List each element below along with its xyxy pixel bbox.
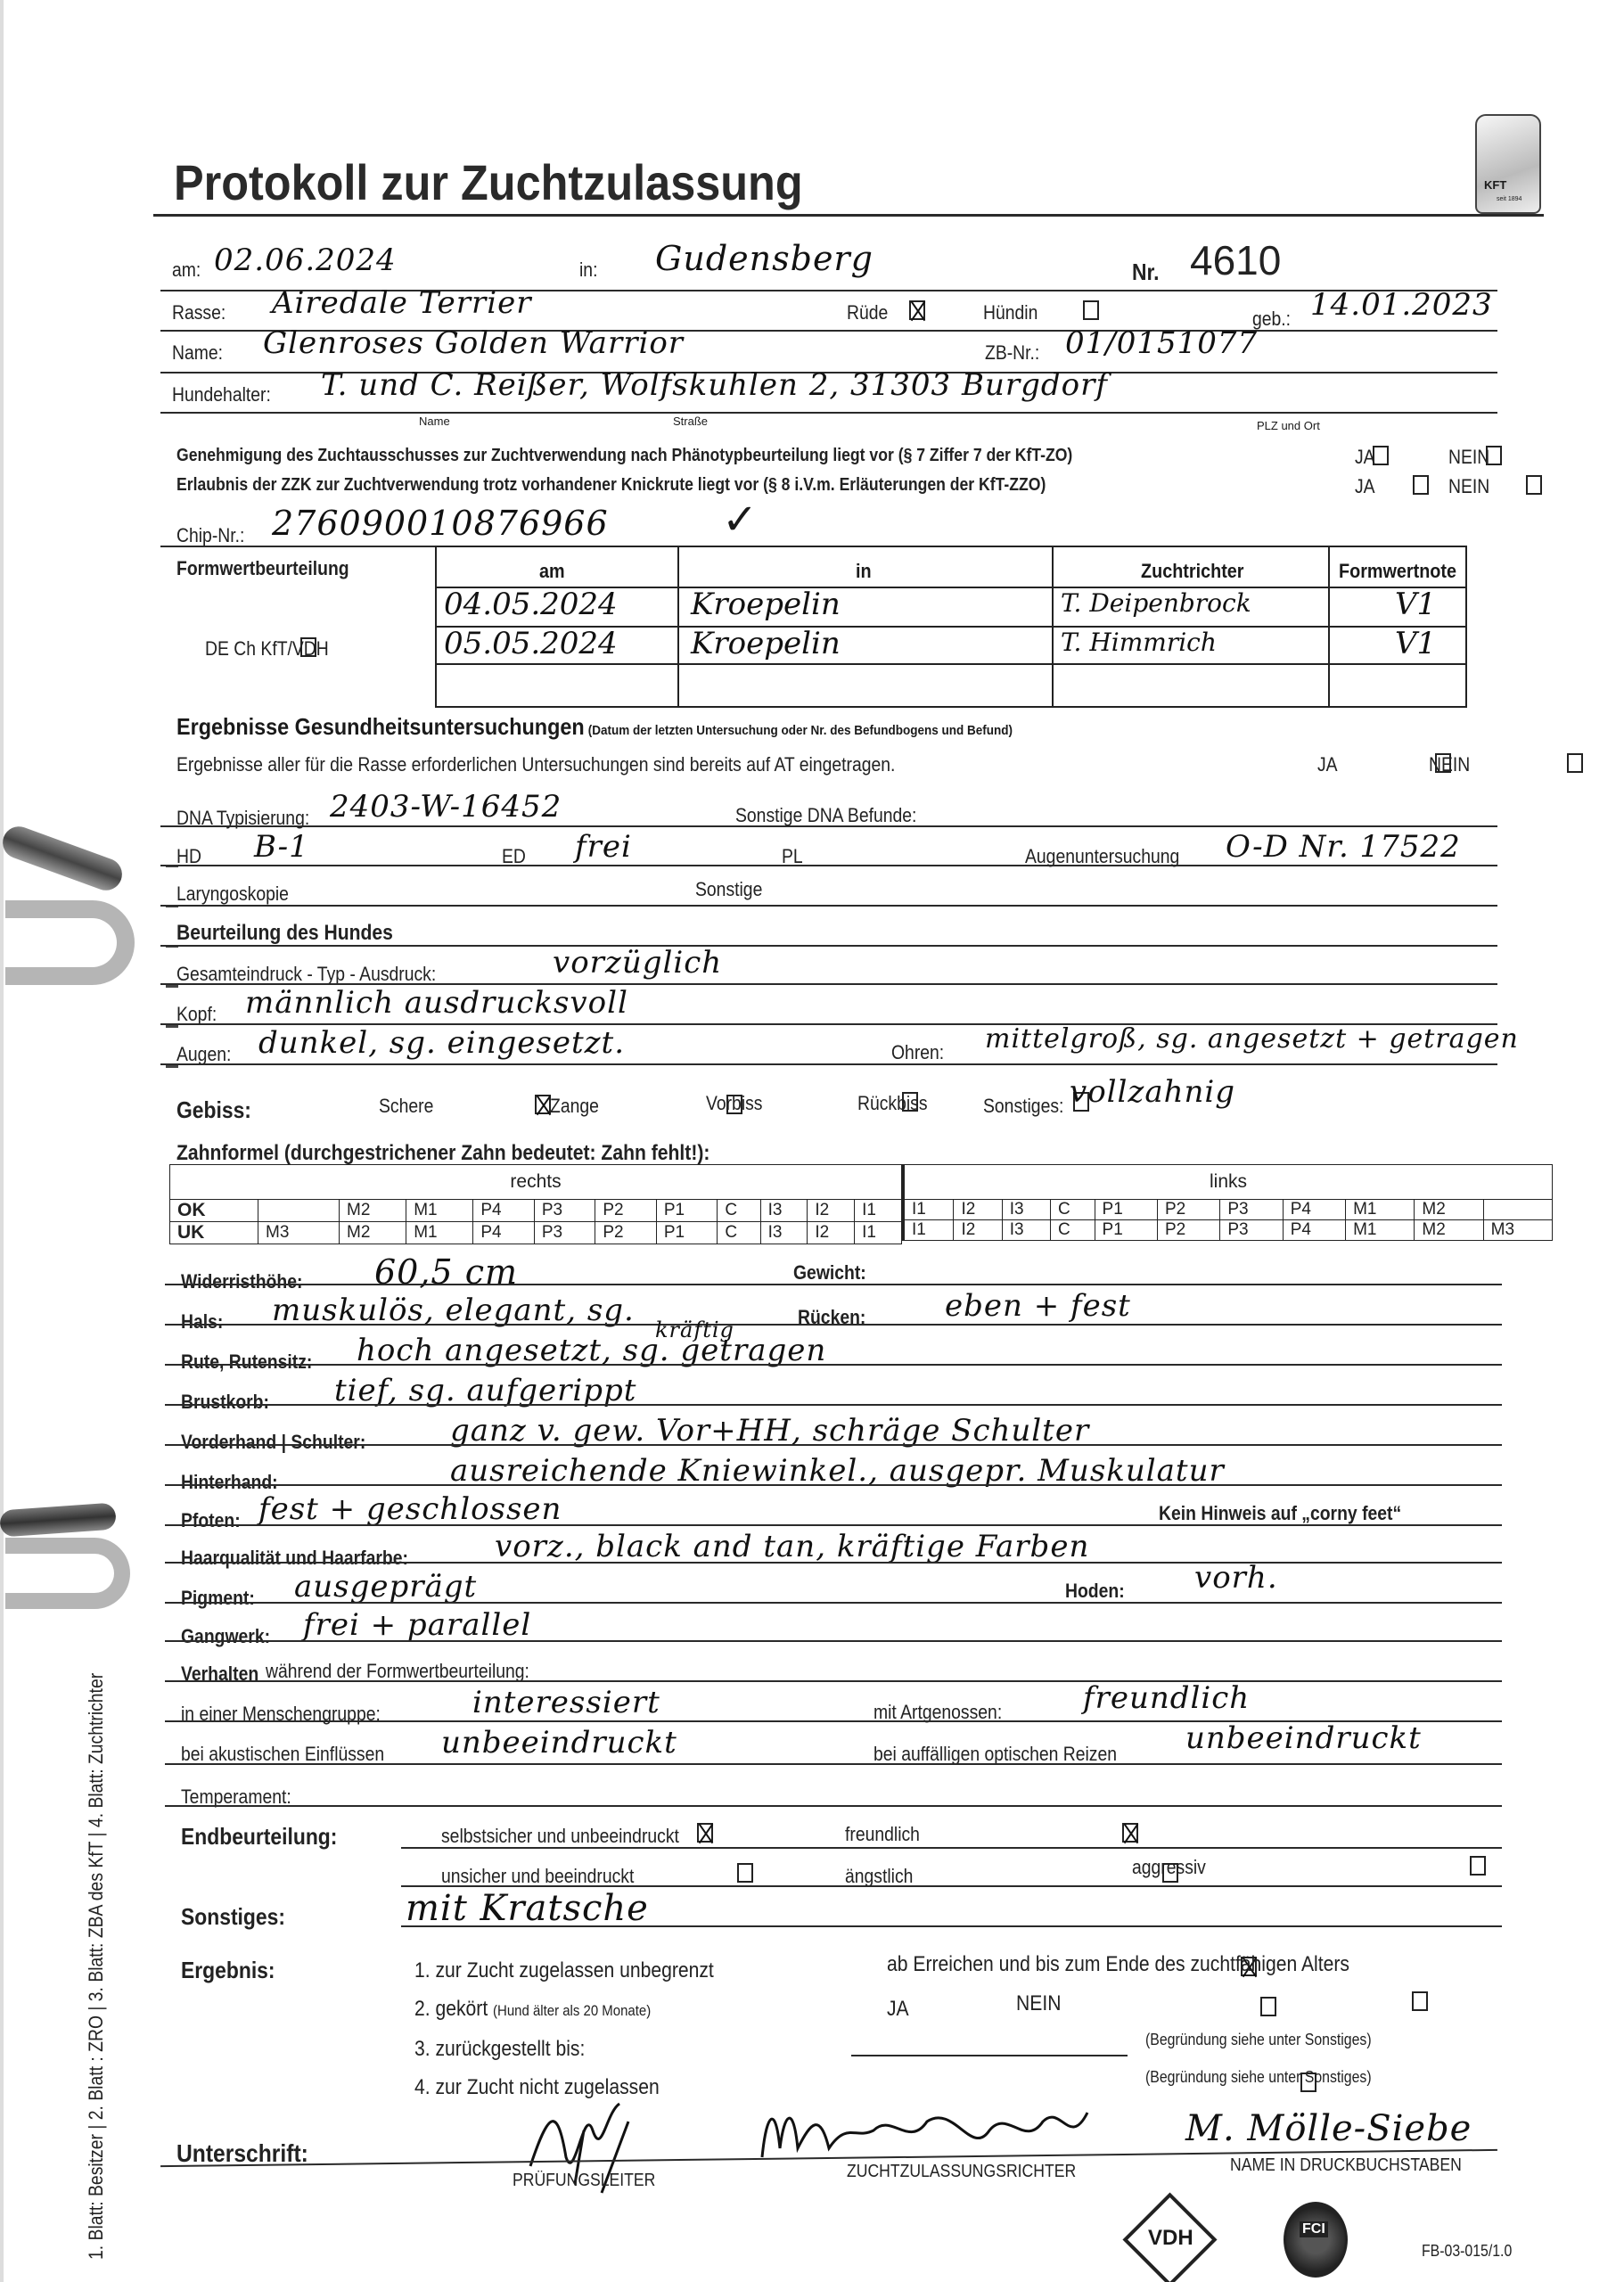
health-title: Ergebnisse Gesundheitsuntersuchungen (Da… [176, 713, 1013, 741]
fw-row2-am[interactable]: 05.05.2024 [444, 626, 618, 661]
kft-logo-sub: seit 1894 [1497, 196, 1521, 202]
widerrist-value[interactable]: 60,5 cm [374, 1252, 518, 1292]
sub-label-name: Name [419, 415, 450, 428]
name-value[interactable]: Glenroses Golden Warrior [263, 325, 684, 361]
zahn-uk-l-2[interactable]: I3 [1002, 1220, 1050, 1241]
zahn-uk-l-0[interactable]: I1 [904, 1220, 954, 1241]
form-code: FB-03-015/1.0 [1422, 2242, 1512, 2261]
am-value[interactable]: 02.06.2024 [214, 242, 397, 278]
approval-1-nein-label: NEIN [1448, 446, 1489, 469]
zahn-uk-l-7[interactable]: P4 [1283, 1220, 1345, 1241]
zahn-ok-l-1[interactable]: I2 [954, 1200, 1002, 1220]
kft-logo-text: KFT [1484, 178, 1506, 192]
huendin-checkbox[interactable] [1083, 300, 1099, 320]
ergebnis-item2-label: 2. gekört [414, 1997, 488, 2021]
hoden-label: Hoden: [1065, 1580, 1125, 1603]
zahn-uk-l-1[interactable]: I2 [954, 1220, 1002, 1241]
brust-value[interactable]: tief, sg. aufgerippt [334, 1373, 636, 1408]
halter-value[interactable]: T. und C. Reißer, Wolfskuhlen 2, 31303 B… [321, 367, 1108, 403]
zahn-uk-label: UK [170, 1222, 258, 1244]
in-label: in: [579, 259, 597, 282]
page-title: Protokoll zur Zuchtzulassung [174, 153, 803, 211]
dna-value[interactable]: 2403-W-16452 [330, 789, 562, 825]
end-unsicher-checkbox[interactable] [737, 1863, 753, 1883]
formwert-title: Formwertbeurteilung [176, 557, 349, 580]
ergebnis-label: Ergebnis: [181, 1957, 275, 1984]
zahn-uk-l-10[interactable]: M3 [1483, 1220, 1552, 1241]
gekoert-ja-checkbox[interactable] [1260, 1997, 1276, 2016]
title-rule [153, 214, 1544, 217]
fw-row1-am[interactable]: 04.05.2024 [444, 587, 618, 622]
signature-druck-value[interactable]: M. Mölle-Siebe [1185, 2108, 1472, 2149]
pfoten-rule [165, 1524, 1502, 1526]
nr-label: Nr. [1132, 259, 1160, 286]
vorder-value[interactable]: ganz v. gew. Vor+HH, schräge Schulter [450, 1413, 1089, 1449]
fw-row1-richter[interactable]: T. Deipenbrock [1061, 588, 1251, 618]
health-ja-label: JA [1317, 753, 1338, 776]
ed-value[interactable]: frei [575, 829, 632, 865]
gekoert-nein-label: NEIN [1016, 1991, 1061, 2016]
hoden-value[interactable]: vorh. [1194, 1560, 1278, 1596]
huendin-label: Hündin [983, 301, 1038, 324]
rute-value[interactable]: hoch angesetzt, sg. getragen [357, 1333, 826, 1368]
zahn-links-header: links [904, 1165, 1553, 1200]
binder-ring-top-shadow [5, 900, 135, 985]
zahn-ok-label: OK [170, 1200, 258, 1222]
zahn-ok-l-8[interactable]: M1 [1346, 1200, 1415, 1220]
dna-rule [160, 825, 1497, 827]
gebiss-sonstiges-value[interactable]: vollzahnig [1070, 1074, 1235, 1110]
end-aggressiv-checkbox[interactable] [1470, 1856, 1486, 1876]
haar-rule [165, 1562, 1502, 1564]
ohren-value[interactable]: mittelgroß, sg. angesetzt + getragen [985, 1023, 1519, 1055]
end-freundlich-label: freundlich [845, 1823, 920, 1846]
hals-rule [165, 1324, 1502, 1326]
end-selbstsicher-label: selbstsicher und unbeeindruckt [441, 1825, 679, 1848]
zb-label: ZB-Nr.: [985, 341, 1039, 365]
corny-label: Kein Hinweis auf „corny feet“ [1159, 1502, 1401, 1525]
approval-1-ja-label: JA [1355, 446, 1375, 469]
fw-row1-note[interactable]: V1 [1395, 587, 1436, 622]
binder-ring-top [0, 822, 127, 895]
laryngo-rule [160, 905, 1497, 907]
beurteilung-rule [160, 945, 1497, 947]
rasse-value[interactable]: Airedale Terrier [272, 285, 532, 321]
optisch-value[interactable]: unbeeindruckt [1185, 1720, 1422, 1756]
approval-2-nein-checkbox[interactable] [1526, 475, 1542, 495]
augen-unters-value[interactable]: O-D Nr. 17522 [1226, 829, 1461, 865]
zb-value[interactable]: 01/0151077 [1065, 325, 1258, 361]
approval-2-nein-label: NEIN [1448, 475, 1489, 498]
brust-rule [165, 1404, 1502, 1406]
geb-label: geb.: [1252, 308, 1291, 331]
gebiss-schere-checkbox[interactable] [535, 1095, 551, 1114]
haar-value[interactable]: vorz., black and tan, kräftige Farben [495, 1529, 1089, 1564]
sub-label-plz: PLZ und Ort [1257, 419, 1320, 432]
haar-label: Haarqualität und Haarfarbe: [181, 1547, 408, 1570]
name-label: Name: [172, 341, 223, 365]
vorder-label: Vorderhand | Schulter: [181, 1431, 365, 1454]
hinter-rule [165, 1484, 1502, 1486]
fw-col-am: am [539, 560, 565, 583]
zahn-ok-r-4[interactable]: P3 [534, 1200, 595, 1222]
chip-value[interactable]: 276090010876966 [272, 504, 609, 543]
widerrist-label: Widerristhöhe: [181, 1270, 302, 1293]
vorder-rule [165, 1444, 1502, 1446]
zurueckgestellt-date-rule[interactable] [851, 2055, 1128, 2056]
approval-2-text: Erlaubnis der ZZK zur Zuchtverwendung tr… [176, 475, 1046, 496]
formwert-table: am in Zuchtrichter Formwertnote 04.05.20… [435, 546, 1467, 708]
zahn-uk-r-10[interactable]: I1 [855, 1222, 902, 1244]
zahn-rechts-header: rechts [170, 1165, 902, 1200]
zahn-uk-r-6[interactable]: P1 [656, 1222, 717, 1244]
verhalten-rule [165, 1680, 1502, 1682]
fw-row2-in[interactable]: Kroepelin [691, 626, 841, 661]
pfoten-value[interactable]: fest + geschlossen [258, 1491, 562, 1527]
health-nein-label: NEIN [1429, 753, 1470, 776]
de-ch-label: DE Ch KfT/VDH [205, 637, 329, 661]
zahn-ok-l-10[interactable] [1483, 1200, 1552, 1220]
side-distribution-text: 1. Blatt: Besitzer | 2. Blatt : ZRO | 3.… [85, 1673, 108, 2260]
zahn-uk-l-6[interactable]: P3 [1220, 1220, 1283, 1241]
zahn-uk-r-8[interactable]: I3 [760, 1222, 808, 1244]
zahn-uk-l-8[interactable]: M1 [1346, 1220, 1415, 1241]
ergebnis-item1-option: ab Erreichen und bis zum Ende des zuchtf… [887, 1952, 1349, 1977]
binder-edge [0, 0, 4, 2282]
gang-rule [165, 1640, 1502, 1642]
ohren-label: Ohren: [891, 1041, 944, 1064]
gesamt-value[interactable]: vorzüglich [553, 945, 722, 981]
rute-rule [165, 1364, 1502, 1366]
druck-label: NAME IN DRUCKBUCHSTABEN [1230, 2155, 1462, 2176]
health-title-note: (Datum der letzten Untersuchung oder Nr.… [588, 723, 1013, 738]
zahn-ok-l-6[interactable]: P3 [1220, 1200, 1283, 1220]
fw-col-in: in [856, 560, 872, 583]
sonstiges-rule [401, 1925, 1502, 1927]
akustisch-value[interactable]: unbeeindruckt [441, 1725, 677, 1761]
kopf-value[interactable]: männlich ausdrucksvoll [245, 985, 628, 1021]
zahn-ok-r-3[interactable]: P4 [473, 1200, 534, 1222]
nr-value: 4610 [1190, 236, 1281, 284]
health-title-main: Ergebnisse Gesundheitsuntersuchungen [176, 713, 585, 740]
pruefungsleiter-label: PRÜFUNGSLEITER [513, 2171, 655, 2191]
gebiss-schere-label: Schere [379, 1095, 433, 1118]
zahn-ok-r-10[interactable]: I1 [855, 1200, 902, 1222]
zahnformel-title: Zahnformel (durchgestrichener Zahn bedeu… [176, 1141, 709, 1166]
in-value[interactable]: Gudensberg [655, 239, 874, 278]
gebiss-zange-label: Zange [550, 1095, 599, 1118]
binder-ring-bottom-shadow [5, 1538, 130, 1609]
ruecken-label: Rücken: [798, 1306, 865, 1329]
zahn-ok-l-0[interactable]: I1 [904, 1200, 954, 1220]
zahn-uk-l-3[interactable]: C [1050, 1220, 1095, 1241]
rute-label: Rute, Rutensitz: [181, 1350, 312, 1374]
augen-rule [160, 1063, 1497, 1065]
health-sonstige-label: Sonstige [695, 878, 762, 901]
gekoert-ja-label: JA [887, 1997, 909, 2022]
ruede-checkbox[interactable] [909, 300, 925, 320]
fci-logo [1284, 2202, 1348, 2278]
gang-label: Gangwerk: [181, 1625, 270, 1648]
ergebnis-item3: 3. zurückgestellt bis: [414, 2037, 585, 2062]
sonstiges-value[interactable]: mit Kratsche [406, 1888, 649, 1929]
ergebnis-item4-note: (Begründung siehe unter Sonstiges) [1145, 2068, 1372, 2087]
temperament-rule [165, 1805, 1502, 1807]
chip-label: Chip-Nr.: [176, 524, 244, 547]
zahn-uk-l-9[interactable]: M2 [1415, 1220, 1483, 1241]
ergebnis-item2-note: (Hund älter als 20 Monate) [493, 2002, 651, 2019]
hd-value[interactable]: B-1 [254, 829, 309, 865]
akustisch-rule [165, 1763, 1502, 1765]
zahn-uk-r-7[interactable]: C [718, 1222, 760, 1244]
fci-logo-text: FCI [1300, 2221, 1328, 2237]
zahn-ok-r-5[interactable]: P2 [595, 1200, 656, 1222]
ergebnis-item1: 1. zur Zucht zugelassen unbegrenzt [414, 1958, 714, 1983]
mensch-value[interactable]: interessiert [472, 1685, 660, 1720]
brust-label: Brustkorb: [181, 1391, 269, 1414]
gang-value[interactable]: frei + parallel [303, 1607, 531, 1643]
ruede-label: Rüde [847, 301, 888, 324]
chip-check-mark: ✓ [722, 495, 758, 545]
zahn-uk-l-4[interactable]: P1 [1095, 1220, 1157, 1241]
fw-col-note: Formwertnote [1339, 560, 1456, 583]
approval-2-ja-label: JA [1355, 475, 1375, 498]
zahn-ok-l-5[interactable]: P2 [1157, 1200, 1219, 1220]
zahn-ok-l-7[interactable]: P4 [1283, 1200, 1345, 1220]
hals-label: Hals: [181, 1310, 223, 1334]
fw-row2-richter[interactable]: T. Himmrich [1061, 628, 1217, 657]
ruecken-value[interactable]: eben + fest [945, 1288, 1131, 1324]
gebiss-rueckbiss-label: Rückbiss [857, 1092, 928, 1115]
zahn-uk-r-5[interactable]: P2 [595, 1222, 656, 1244]
pigment-label: Pigment: [181, 1587, 255, 1610]
pigment-value[interactable]: ausgeprägt [294, 1569, 477, 1605]
zahn-uk-r-1[interactable]: M2 [340, 1222, 406, 1244]
endbeurteilung-label: Endbeurteilung: [181, 1823, 337, 1851]
zahn-ok-l-2[interactable]: I3 [1002, 1200, 1050, 1220]
fw-row2-note[interactable]: V1 [1395, 626, 1436, 661]
gewicht-label: Gewicht: [793, 1261, 866, 1285]
ergebnis-item2: 2. gekört (Hund älter als 20 Monate) [414, 1997, 651, 2022]
zahn-uk-r-9[interactable]: I2 [808, 1222, 855, 1244]
gebiss-vorbiss-label: Vorbiss [706, 1092, 762, 1115]
am-label: am: [172, 259, 201, 282]
fw-col-richter: Zuchtrichter [1141, 560, 1244, 583]
hinter-value[interactable]: ausreichende Kniewinkel., ausgepr. Musku… [450, 1453, 1225, 1489]
end-rule-1 [401, 1847, 1502, 1849]
zahn-ok-l-9[interactable]: M2 [1415, 1200, 1483, 1220]
laryngo-label: Laryngoskopie [176, 882, 289, 906]
kft-logo: KFT seit 1894 [1475, 114, 1541, 214]
rasse-label: Rasse: [172, 301, 226, 324]
zahn-ok-r-7[interactable]: C [718, 1200, 760, 1222]
hals-value[interactable]: muskulös, elegant, sg. [272, 1293, 635, 1328]
approval-2-ja-checkbox[interactable] [1413, 475, 1429, 495]
rute-extra-value[interactable]: kräftig [655, 1317, 734, 1342]
zahn-ok-r-1[interactable]: M2 [340, 1200, 406, 1222]
zahnformel-rechts-table: rechts OK M2 M1 P4 P3 P2 P1 C I3 I2 I1 U… [169, 1164, 902, 1244]
binder-ring-bottom [0, 1503, 117, 1538]
zahn-ok-r-8[interactable]: I3 [760, 1200, 808, 1222]
dna-other-label: Sonstige DNA Befunde: [735, 804, 916, 827]
widerrist-rule [165, 1284, 1502, 1285]
augen-value[interactable]: dunkel, sg. eingesetzt. [258, 1025, 625, 1061]
chip-rule [160, 546, 437, 547]
zahn-ok-l-4[interactable]: P1 [1095, 1200, 1157, 1220]
halter-label: Hundehalter: [172, 383, 271, 406]
gebiss-label: Gebiss: [176, 1096, 251, 1124]
zahn-ok-r-0[interactable] [258, 1200, 340, 1222]
pigment-rule [165, 1602, 1502, 1604]
fw-row1-in[interactable]: Kroepelin [691, 587, 841, 622]
verhalten-title: Verhalten [181, 1662, 258, 1686]
mensch-label: in einer Menschengruppe: [181, 1703, 381, 1726]
end-aggressiv-label: aggressiv [1132, 1856, 1206, 1879]
zahn-uk-r-2[interactable]: M1 [406, 1222, 473, 1244]
zahnformel-links-table: links I1 I2 I3 C P1 P2 P3 P4 M1 M2 I1 I2… [902, 1164, 1553, 1241]
gekoert-nein-checkbox[interactable] [1412, 1991, 1428, 2011]
gebiss-sonstiges-label: Sonstiges: [983, 1095, 1063, 1118]
ergebnis-item3-note: (Begründung siehe unter Sonstiges) [1145, 2031, 1372, 2049]
health-at-text: Ergebnisse aller für die Rasse erforderl… [176, 753, 895, 776]
zahn-uk-r-0[interactable]: M3 [258, 1222, 340, 1244]
zahn-ok-r-2[interactable]: M1 [406, 1200, 473, 1222]
zahn-ok-r-6[interactable]: P1 [656, 1200, 717, 1222]
health-nein-checkbox[interactable] [1567, 753, 1583, 773]
end-freundlich-checkbox[interactable] [1122, 1823, 1138, 1843]
hd-rule [160, 865, 1497, 866]
approval-1-text: Genehmigung des Zuchtausschusses zur Zuc… [176, 446, 1072, 466]
zahn-ok-l-3[interactable]: C [1050, 1200, 1095, 1220]
row4-rule [160, 412, 1497, 414]
artgenossen-value[interactable]: freundlich [1083, 1680, 1250, 1716]
zahn-ok-r-9[interactable]: I2 [808, 1200, 855, 1222]
zahn-uk-l-5[interactable]: P2 [1157, 1220, 1219, 1241]
sub-label-strasse: Straße [673, 415, 708, 428]
end-rule-2 [401, 1885, 1502, 1887]
richter-label: ZUCHTZULASSUNGSRICHTER [847, 2162, 1076, 2182]
end-selbstsicher-checkbox[interactable] [697, 1823, 713, 1843]
beurteilung-title: Beurteilung des Hundes [176, 921, 393, 946]
zahn-uk-r-4[interactable]: P3 [534, 1222, 595, 1244]
sonstiges-label: Sonstiges: [181, 1903, 285, 1931]
vdh-logo-text: VDH [1148, 2226, 1193, 2251]
geb-value[interactable]: 14.01.2023 [1310, 287, 1493, 323]
pfoten-label: Pfoten: [181, 1509, 241, 1532]
zahn-uk-r-3[interactable]: P4 [473, 1222, 534, 1244]
